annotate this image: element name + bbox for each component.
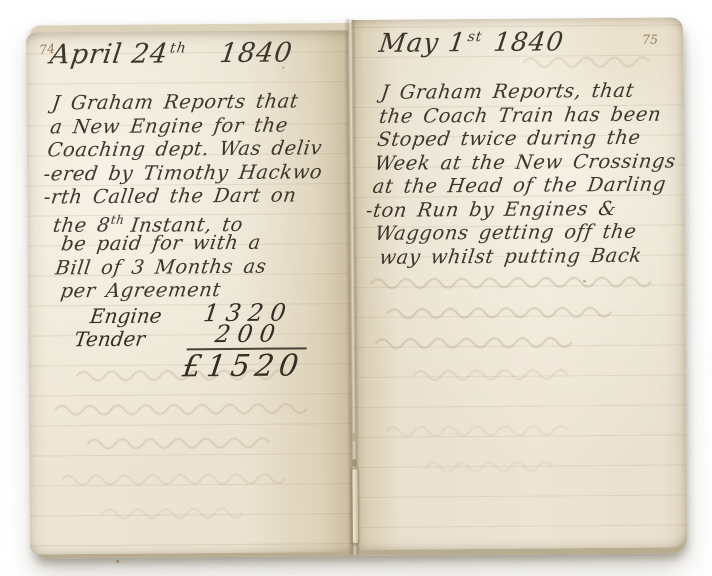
right-entry-body: J Graham Reports, that the Coach Train h… [377, 78, 680, 268]
left-entry-body: J Graham Reports that a New Engine for t… [48, 89, 346, 303]
left-entry-date: April 24th1840 [48, 37, 344, 77]
engine-label: Engine [89, 303, 164, 328]
manuscript-line: Week at the New Crossings [373, 149, 680, 175]
manuscript-line: J Graham Reports, that [379, 78, 679, 104]
left-date-year: 1840 [218, 37, 295, 69]
total-amount: £1520 [141, 348, 312, 384]
right-date-text: May 1 [377, 28, 468, 59]
manuscript-line: a New Engine for the [49, 113, 345, 139]
tender-amount: 200 [186, 319, 310, 350]
manuscript-line: J Graham Reports that [50, 89, 344, 115]
manuscript-line: -ton Run by Engines & [364, 196, 680, 222]
paper-speck [583, 280, 586, 282]
manuscript-line: be paid for with a [60, 230, 346, 256]
ink-bleedthrough-left [47, 360, 338, 542]
binding-thread [351, 468, 359, 544]
account-block: Engine 1320 Tender 200 £1520 [90, 303, 307, 385]
paper-speck [282, 67, 284, 69]
photo-background: 74 April 24th1840 J Graham Reports that … [0, 0, 712, 576]
ink-bleedthrough-right [365, 270, 671, 492]
binding-stitch [352, 433, 356, 441]
instant-suffix: th [110, 212, 126, 226]
manuscript-line: -ered by Timothy Hackwo [42, 160, 345, 186]
manuscript-line: the Coach Train has been [378, 102, 680, 128]
account-row-tender: Tender 200 [90, 326, 306, 351]
left-date-text: April 24 [48, 38, 170, 70]
journal-book: 74 April 24th1840 J Graham Reports that … [22, 15, 692, 560]
right-entry-date: May 1st1840 [377, 26, 679, 66]
manuscript-line: way whilst putting Back [378, 243, 681, 269]
left-page: 74 April 24th1840 J Graham Reports that … [26, 30, 352, 555]
manuscript-line: -rth Called the Dart on [42, 183, 345, 209]
tender-label: Tender [73, 326, 147, 351]
manuscript-line-instant: the 8thInstant, to [51, 207, 345, 233]
manuscript-line: at the Head of the Darling [371, 172, 680, 198]
account-row-total: £1520 [90, 351, 306, 385]
right-page-content: May 1st1840 J Graham Reports, that the C… [377, 26, 681, 268]
manuscript-line: Coaching dept. Was deliv [46, 136, 345, 162]
left-date-suffix: th [169, 40, 188, 56]
right-date-suffix: st [467, 29, 484, 45]
manuscript-line: Waggons getting off the [373, 219, 680, 245]
manuscript-line: Bill of 3 Months as [54, 254, 346, 280]
manuscript-line: Stoped twice during the [376, 125, 680, 151]
right-page: 75 May 1st1840 J Graham Reports, that th… [351, 17, 687, 550]
right-date-year: 1840 [492, 27, 566, 58]
paper-speck [116, 560, 119, 563]
left-page-content: April 24th1840 J Graham Reports that a N… [48, 37, 347, 385]
